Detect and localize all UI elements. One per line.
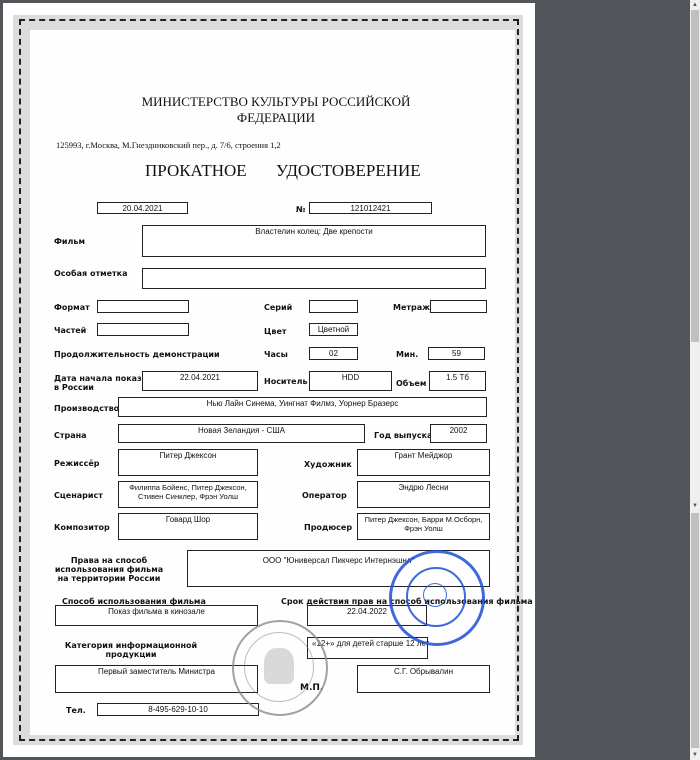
country-field: Новая Зеландия - США (118, 424, 365, 443)
special-mark-field (142, 268, 486, 289)
hours-field: 02 (309, 347, 358, 360)
format-label: Формат (54, 303, 90, 313)
special-mark-label: Особая отметка (54, 269, 128, 279)
duration-label: Продолжительность демонстрации (54, 350, 220, 360)
volume-label: Объем (396, 379, 426, 389)
inner-ring (244, 632, 314, 702)
operator-field: Эндрю Лесни (357, 481, 490, 508)
film-label: Фильм (54, 237, 85, 247)
color-label: Цвет (264, 327, 287, 337)
minutes-field: 59 (428, 347, 485, 360)
parts-field (97, 323, 189, 336)
logo-icon (423, 583, 447, 607)
film-field: Властелин колец: Две крепости (142, 225, 486, 257)
rights-label-3: на территории России (54, 574, 164, 584)
number-field: 121012421 (309, 202, 432, 214)
footage-field (430, 300, 487, 313)
number-label: № (296, 205, 306, 215)
country-label: Страна (54, 431, 87, 441)
artist-field: Грант Мейджор (357, 449, 490, 476)
series-field (309, 300, 358, 313)
screenwriter-field: Филиппа Бойенс, Питер Джексон, Стивен Си… (118, 481, 258, 508)
format-field (97, 300, 189, 313)
series-label: Серий (264, 303, 292, 313)
director-field: Питер Джексон (118, 449, 258, 476)
producer-field: Питер Джексон, Барри М.Осборн, Фрэн Уолш (357, 513, 490, 540)
year-field: 2002 (430, 424, 487, 443)
usage-method-field: Показ фильма в кинозале (55, 605, 258, 626)
scroll-down-arrow-icon[interactable]: ▼ (690, 501, 700, 511)
title-right: УДОСТОВЕРЕНИЕ (276, 161, 421, 181)
signatory-position-field: Первый заместитель Министра (55, 665, 258, 693)
year-label: Год выпуска (374, 431, 432, 441)
carrier-field: HDD (309, 371, 392, 391)
document-viewer: МИНИСТЕРСТВО КУЛЬТУРЫ РОССИЙСКОЙ ФЕДЕРАЦ… (0, 0, 690, 760)
parts-label: Частей (54, 326, 86, 336)
operator-label: Оператор (302, 491, 347, 501)
scroll-bottom-arrow-icon[interactable]: ▼ (690, 750, 700, 760)
vertical-scrollbar[interactable]: ▲ ▼ ▼ (690, 0, 700, 760)
footage-label: Метраж (393, 303, 430, 313)
production-field: Нью Лайн Синема, Уингнат Филмз, Уорнер Б… (118, 397, 487, 417)
ministry-address: 125993, г.Москва, М.Гнездниковский пер.,… (56, 140, 281, 150)
title-left: ПРОКАТНОЕ (145, 161, 247, 181)
hours-label: Часы (264, 350, 288, 360)
signatory-name-field: С.Г. Обрывалин (357, 665, 490, 693)
production-label: Производство (54, 404, 119, 414)
ministry-seal-stamp (232, 620, 328, 716)
volume-field: 1.5 Тб (429, 371, 486, 391)
ministry-heading: МИНИСТЕРСТВО КУЛЬТУРЫ РОССИЙСКОЙ ФЕДЕРАЦ… (106, 94, 446, 126)
artist-label: Художник (304, 460, 352, 470)
distributor-seal-stamp (389, 550, 485, 646)
phone-field: 8-495-629-10-10 (97, 703, 259, 716)
release-date-field: 22.04.2021 (142, 371, 258, 391)
release-date-label-2: в России (54, 383, 94, 393)
composer-label: Композитор (54, 523, 110, 533)
carrier-label: Носитель (264, 377, 308, 387)
screenwriter-label: Сценарист (54, 491, 103, 501)
phone-label: Тел. (66, 706, 86, 716)
color-field: Цветной (309, 323, 358, 336)
scroll-up-arrow-icon[interactable]: ▲ (690, 0, 700, 10)
producer-label: Продюсер (304, 523, 352, 533)
scroll-thumb-upper[interactable] (691, 10, 699, 342)
minutes-label: Мин. (396, 350, 418, 360)
info-category-label-2: продукции (56, 650, 206, 660)
issue-date-field: 20.04.2021 (97, 202, 188, 214)
composer-field: Говард Шор (118, 513, 258, 540)
director-label: Режиссёр (54, 459, 100, 469)
scroll-thumb-lower[interactable] (691, 513, 699, 748)
